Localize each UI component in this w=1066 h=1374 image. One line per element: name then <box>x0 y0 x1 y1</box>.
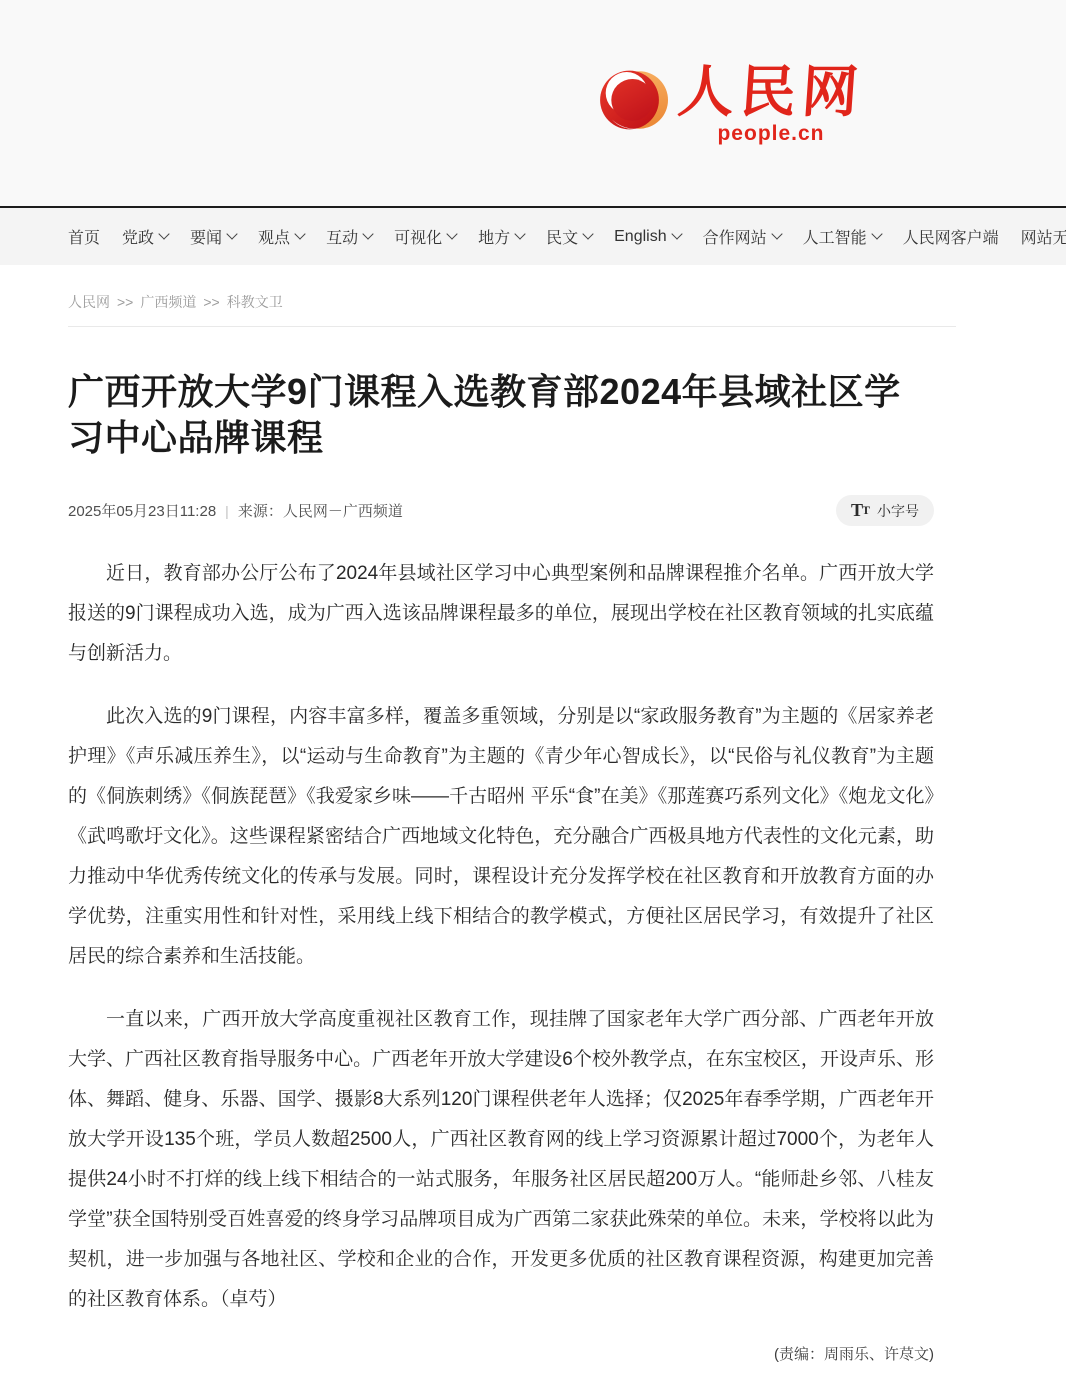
chevron-down-icon <box>294 228 305 239</box>
people-logo[interactable]: 人民网 people.cn <box>598 62 864 146</box>
nav-item[interactable]: 人工智能 <box>803 225 881 248</box>
nav-item[interactable]: 要闻 <box>190 225 236 248</box>
nav-item-label: 合作网站 <box>703 225 767 248</box>
article-title: 广西开放大学9门课程入选教育部2024年县域社区学习中心品牌课程 <box>68 369 904 461</box>
nav-item-label: 要闻 <box>190 225 222 248</box>
meta-separator: | <box>225 503 229 519</box>
nav-item-label: 网站无障碍 <box>1021 225 1066 248</box>
nav-item[interactable]: 地方 <box>478 225 524 248</box>
nav-item[interactable]: 首页 <box>68 225 100 248</box>
nav-item-label: 互动 <box>326 225 358 248</box>
nav-item-label: 地方 <box>478 225 510 248</box>
chevron-down-icon <box>362 228 373 239</box>
nav-item-label: 可视化 <box>394 225 442 248</box>
breadcrumb-divider <box>68 326 956 327</box>
site-domain: people.cn <box>717 122 824 146</box>
nav-item[interactable]: 人民网客户端 <box>903 225 999 248</box>
editor-note: (责编：周雨乐、许荩文) <box>68 1343 934 1364</box>
site-name: 人民网 <box>676 62 866 122</box>
source-link[interactable]: 人民网－广西频道 <box>283 500 403 521</box>
article-meta: 2025年05月23日11:28 | 来源： 人民网－广西频道 T T 小字号 <box>68 495 934 526</box>
chevron-down-icon <box>582 228 593 239</box>
font-size-button[interactable]: T T 小字号 <box>836 495 934 526</box>
article-body: 近日，教育部办公厅公布了2024年县域社区学习中心典型案例和品牌课程推介名单。广… <box>68 554 956 1320</box>
nav-item-label: 首页 <box>68 225 100 248</box>
chevron-down-icon <box>158 228 169 239</box>
page-header: 人民网 people.cn <box>0 0 1066 206</box>
nav-item[interactable]: English <box>614 228 680 246</box>
article-paragraph: 近日，教育部办公厅公布了2024年县域社区学习中心典型案例和品牌课程推介名单。广… <box>68 554 934 674</box>
nav-item[interactable]: 互动 <box>326 225 372 248</box>
content-area: 人民网>>广西频道>>科教文卫 广西开放大学9门课程入选教育部2024年县域社区… <box>68 265 956 1364</box>
breadcrumb: 人民网>>广西频道>>科教文卫 <box>68 265 956 312</box>
nav-item-label: 人工智能 <box>803 225 867 248</box>
nav-item[interactable]: 民文 <box>546 225 592 248</box>
article-paragraph: 一直以来，广西开放大学高度重视社区教育工作，现挂牌了国家老年大学广西分部、广西老… <box>68 1000 934 1320</box>
nav-item[interactable]: 观点 <box>258 225 304 248</box>
nav-item-label: 人民网客户端 <box>903 225 999 248</box>
nav-item-label: English <box>614 228 666 246</box>
chevron-down-icon <box>771 228 782 239</box>
nav-item[interactable]: 党政 <box>122 225 168 248</box>
nav-item-label: 党政 <box>122 225 154 248</box>
chevron-down-icon <box>514 228 525 239</box>
article-paragraph: 此次入选的9门课程，内容丰富多样，覆盖多重领域，分别是以“家政服务教育”为主题的… <box>68 697 934 977</box>
people-logo-icon <box>598 62 668 138</box>
publish-date: 2025年05月23日11:28 <box>68 500 216 521</box>
breadcrumb-item[interactable]: 人民网 <box>68 294 110 310</box>
chevron-down-icon <box>671 228 682 239</box>
main-nav: 首页党政要闻观点互动可视化地方民文English合作网站人工智能人民网客户端网站… <box>0 208 1066 265</box>
nav-item[interactable]: 可视化 <box>394 225 456 248</box>
breadcrumb-separator: >> <box>117 294 133 310</box>
source-label: 来源： <box>238 500 283 521</box>
nav-item[interactable]: 合作网站 <box>703 225 781 248</box>
breadcrumb-separator: >> <box>203 294 219 310</box>
nav-item-label: 观点 <box>258 225 290 248</box>
breadcrumb-item[interactable]: 广西频道 <box>140 294 196 310</box>
chevron-down-icon <box>871 228 882 239</box>
nav-item-label: 民文 <box>546 225 578 248</box>
font-size-label: 小字号 <box>877 501 919 521</box>
chevron-down-icon <box>226 228 237 239</box>
nav-item[interactable]: 网站无障碍 <box>1021 225 1066 248</box>
breadcrumb-item[interactable]: 科教文卫 <box>227 294 283 310</box>
chevron-down-icon <box>446 228 457 239</box>
